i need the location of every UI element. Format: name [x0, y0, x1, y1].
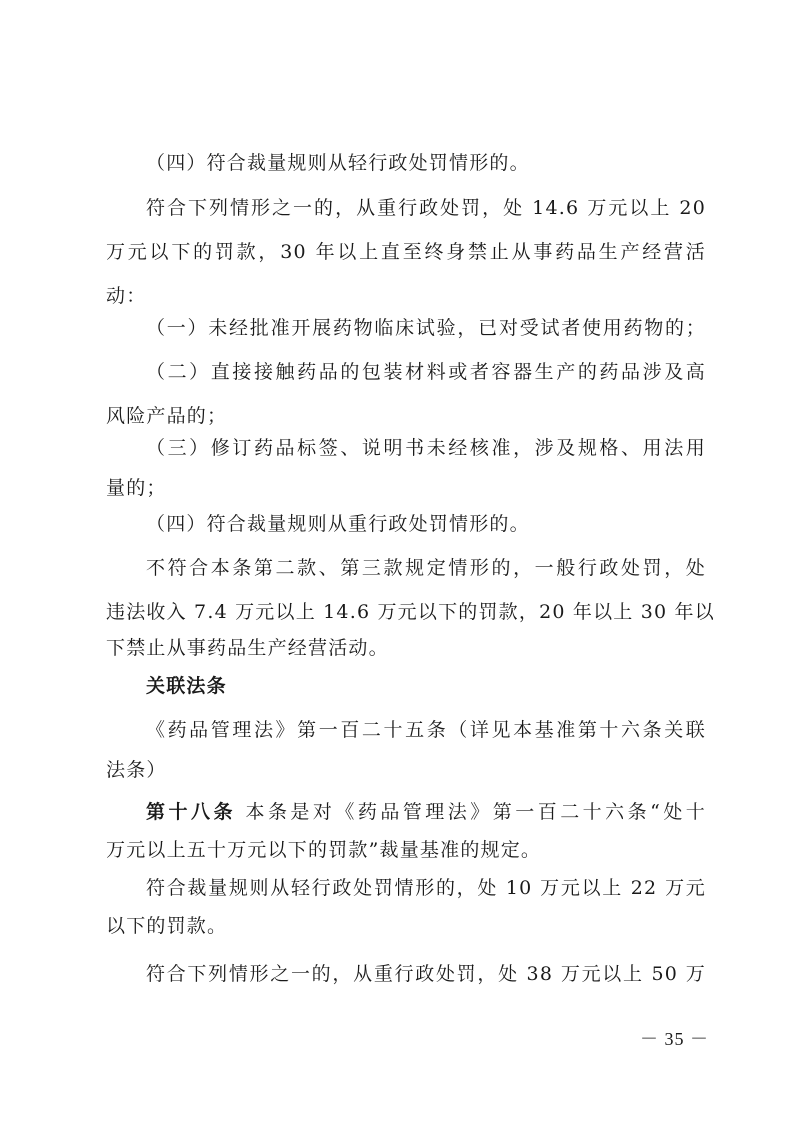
paragraph-line: 符合下列情形之一的，从重行政处罚，处 38 万元以上 50 万 [146, 962, 706, 986]
paragraph-line: 下禁止从事药品生产经营活动。 [106, 636, 706, 660]
paragraph-line: （三）修订药品标签、说明书未经核准，涉及规格、用法用 [146, 436, 706, 460]
paragraph-line: （一）未经批准开展药物临床试验，已对受试者使用药物的； [146, 316, 706, 340]
article-label: 第十八条 [146, 801, 236, 823]
paragraph-line: （二）直接接触药品的包装材料或者容器生产的药品涉及高 [146, 360, 706, 384]
paragraph-line: 不符合本条第二款、第三款规定情形的，一般行政处罚，处 [146, 556, 706, 580]
paragraph-line: 万元以上五十万元以下的罚款”裁量基准的规定。 [106, 838, 706, 862]
paragraph-line: 风险产品的； [106, 404, 706, 428]
article-text: 本条是对《药品管理法》第一百二十六条“处十 [236, 801, 706, 823]
paragraph-line: 动： [106, 284, 706, 308]
document-page: （四）符合裁量规则从轻行政处罚情形的。 符合下列情形之一的，从重行政处罚，处 1… [0, 0, 793, 1122]
page-number: － 35 － [640, 1025, 709, 1051]
paragraph-line: （四）符合裁量规则从轻行政处罚情形的。 [146, 151, 706, 175]
paragraph-line: 法条） [106, 758, 706, 782]
section-heading: 关联法条 [146, 674, 706, 698]
paragraph-line: 符合下列情形之一的，从重行政处罚，处 14.6 万元以上 20 [146, 196, 706, 220]
paragraph-line: 《药品管理法》第一百二十五条（详见本基准第十六条关联 [146, 718, 706, 742]
paragraph-line: （四）符合裁量规则从重行政处罚情形的。 [146, 512, 706, 536]
paragraph-line: 以下的罚款。 [106, 914, 706, 938]
paragraph-line: 万元以下的罚款，30 年以上直至终身禁止从事药品生产经营活 [106, 240, 706, 264]
article-line: 第十八条 本条是对《药品管理法》第一百二十六条“处十 [146, 800, 706, 824]
paragraph-line: 违法收入 7.4 万元以上 14.6 万元以下的罚款，20 年以上 30 年以 [106, 600, 706, 624]
paragraph-line: 量的； [106, 476, 706, 500]
paragraph-line: 符合裁量规则从轻行政处罚情形的，处 10 万元以上 22 万元 [146, 876, 706, 900]
